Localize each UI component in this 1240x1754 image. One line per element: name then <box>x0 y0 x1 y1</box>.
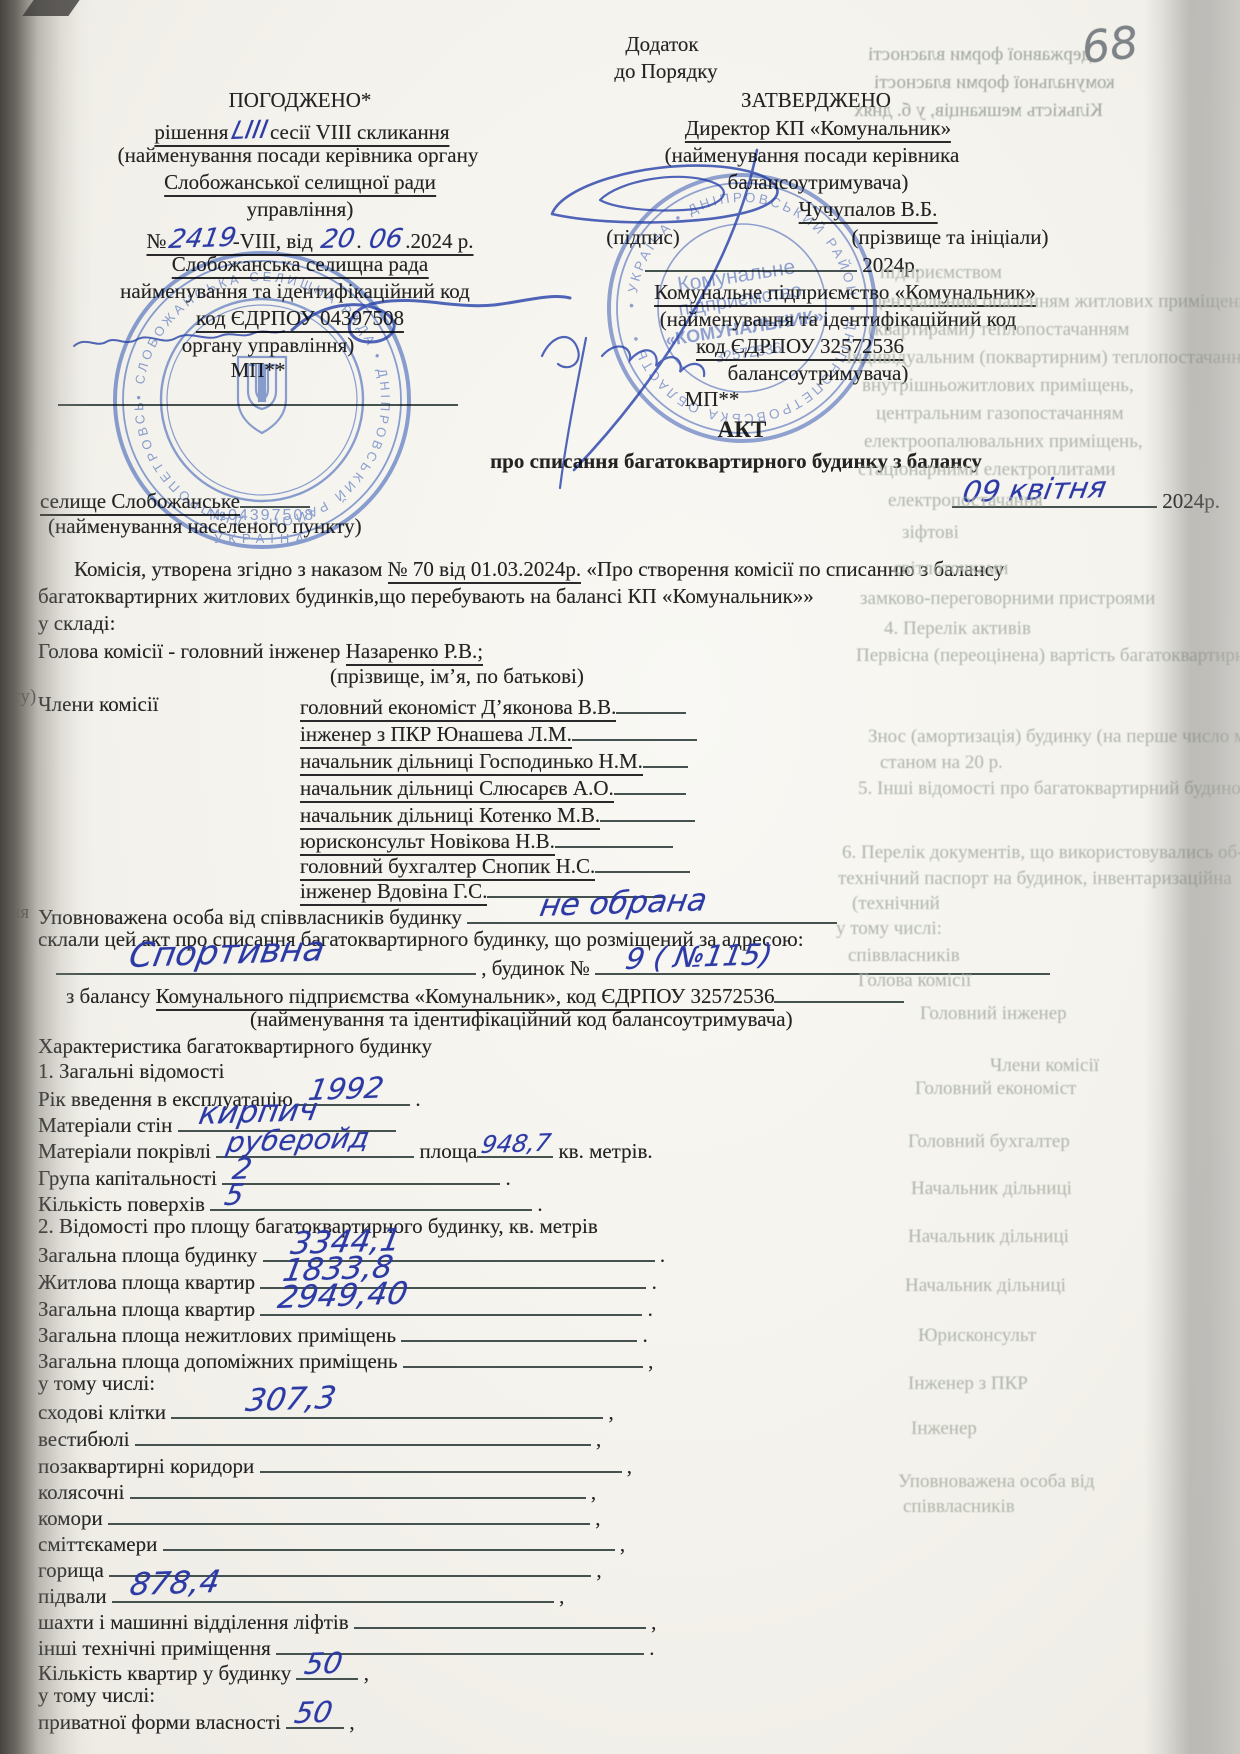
form-label: . <box>637 1323 648 1347</box>
form-line: інженер з ПКР Юнашева Л.М. <box>300 719 697 747</box>
blank-line: не обрана <box>467 902 837 924</box>
blank-line <box>130 1477 586 1499</box>
bleed-text: технічний паспорт на будинок, інвентариз… <box>838 868 1232 890</box>
right-caption-2: балансоутримувача) <box>728 170 909 195</box>
blank-line <box>572 719 697 741</box>
appendix-line-1: Додаток <box>625 32 698 57</box>
blank-line <box>643 746 688 768</box>
blank-line <box>108 1503 590 1525</box>
form-label: інші технічні приміщення <box>38 1636 276 1660</box>
blank-line <box>135 1424 591 1446</box>
handwritten-value: не обрана <box>537 883 710 925</box>
bleed-text: комунальної форми власності <box>874 72 1115 94</box>
form-line: позаквартирні коридори , <box>38 1451 632 1479</box>
form-label: кв. метрів. <box>553 1139 652 1163</box>
right-caption-1: (найменування посади керівника <box>665 143 960 168</box>
form-label: . <box>410 1087 421 1111</box>
form-label: , <box>590 1506 601 1530</box>
bleed-text: станом на 20 р. <box>880 752 1003 774</box>
form-label: підвали <box>38 1584 112 1608</box>
form-label: 2024р. <box>1157 489 1220 513</box>
form-label: Уповноважена особа від співвласників буд… <box>38 905 467 929</box>
bleed-text: 4. Перелік активів <box>884 618 1031 640</box>
handwritten-session: ᏞІІІ <box>228 115 270 146</box>
handwritten-value: Спортивна <box>126 929 328 976</box>
form-label: позаквартирні коридори <box>38 1454 260 1478</box>
form-label: , <box>591 1558 602 1582</box>
form-line: головний бухгалтер Снопик Н.С. <box>300 851 690 879</box>
bleed-text: замково-переговорними пристроями <box>860 588 1155 610</box>
form-label: (найменування та ідентифікаційний код ба… <box>250 1007 793 1031</box>
form-line: багатоквартирних житлових будинків,що пе… <box>38 584 814 609</box>
bleed-text: Індивідуальним (поквартирним) теплопоста… <box>846 347 1240 369</box>
form-line: приватної форми власності 50 , <box>38 1707 355 1735</box>
blank-line <box>614 773 686 795</box>
form-line: горища , <box>38 1555 602 1583</box>
blank-line <box>163 1529 615 1551</box>
form-label: , <box>646 1610 657 1634</box>
bleed-text: центральним газопостачанням <box>876 403 1124 425</box>
bleed-text: (технічний <box>852 893 940 915</box>
form-label: Характеристика багатоквартирного будинку <box>38 1034 432 1058</box>
bleed-text: 5. Інші відомості про багатоквартирний б… <box>858 778 1240 800</box>
form-label: . <box>646 1270 657 1294</box>
handwritten-value: 307,3 <box>243 1380 339 1420</box>
form-line: Загальна площа допоміжних приміщень , <box>38 1346 653 1374</box>
appendix-line-2: до Порядку <box>614 59 717 84</box>
bleed-text: Начальник дільниці <box>911 1178 1072 1200</box>
blank-line <box>354 1607 646 1629</box>
form-label: сміттєкамери <box>38 1532 163 1556</box>
form-line: Комісія, утворена згідно з наказом № 70 … <box>74 557 1004 582</box>
bleed-text: нсу) <box>2 686 36 708</box>
form-label: вестибюлі <box>38 1427 135 1451</box>
form-label: (прізвище, ім’я, по батькові) <box>330 664 584 688</box>
blank-line <box>600 800 695 822</box>
form-label: , <box>554 1584 565 1608</box>
form-line: Матеріали покрівлі руберойд площа948,7 к… <box>38 1136 653 1164</box>
form-label: Члени комісії <box>38 692 159 716</box>
bleed-text: співвласників <box>903 1496 1015 1518</box>
blank-line <box>616 692 686 714</box>
left-caption-2: управління) <box>247 197 354 222</box>
form-label: Кількість квартир у будинку <box>38 1661 296 1685</box>
right-mp: МП** <box>685 387 740 412</box>
name-caption: (прізвище та ініціали) <box>852 225 1049 250</box>
blank-line <box>595 851 690 873</box>
bleed-text: співвласників <box>848 945 960 967</box>
blank-line <box>401 1320 637 1342</box>
bleed-text: Члени комісії <box>990 1055 1099 1077</box>
handwritten-value: 878,4 <box>127 1564 223 1604</box>
form-label: з балансу <box>66 984 156 1008</box>
left-edrpou: код ЄДРПОУ 04397508 <box>196 306 404 331</box>
bleed-text: 6. Перелік документів, що використовувал… <box>842 842 1240 864</box>
blank-line: 2 <box>222 1163 500 1185</box>
bleed-text: Головний інженер <box>920 1003 1067 1025</box>
bleed-text: Уповноважена особа від <box>898 1471 1095 1493</box>
form-line: сміттєкамери , <box>38 1529 625 1557</box>
bleed-text: Первісна (переоцінена) вартість багатокв… <box>856 645 1240 667</box>
bleed-text: Головний економіст <box>915 1078 1076 1100</box>
form-line: комори , <box>38 1503 601 1531</box>
form-label: багатоквартирних житлових будинків,що пе… <box>38 584 814 608</box>
bleed-text: центральним опаленням житлових приміщень… <box>872 291 1240 313</box>
form-label: Комісія, утворена згідно з наказом <box>74 557 388 581</box>
left-mp: МП** <box>231 358 286 383</box>
form-label: , <box>615 1532 626 1556</box>
bleed-text: Інженер <box>911 1418 977 1440</box>
form-label: Кількість поверхів <box>38 1192 210 1216</box>
form-line: Кількість поверхів 5 . <box>38 1189 543 1217</box>
handwritten-number: 2419 <box>167 223 239 256</box>
signature-script <box>542 337 704 376</box>
form-value-underlined: начальник дільниці Господинько Н.М. <box>300 749 643 776</box>
scanned-act-page: Додаток до Порядку ПОГОДЖЕНО* рішенняᏞІІ… <box>0 0 1240 1754</box>
form-label: , <box>622 1454 633 1478</box>
handwritten-value: 2949,40 <box>275 1276 411 1317</box>
left-council: Слобожанська селищна рада <box>172 252 429 277</box>
form-line: 2024р. <box>645 250 920 278</box>
form-line: Голова комісії - головний інженер Назаре… <box>38 639 483 664</box>
bleed-text: електропостачання <box>888 490 1043 512</box>
blank-line: 9 ( №115) <box>595 953 1050 975</box>
form-line: у тому числі: <box>38 1371 155 1396</box>
form-value-underlined: Назаренко Р.В.; <box>346 639 483 666</box>
form-line: колясочні , <box>38 1477 596 1505</box>
form-label: Голова комісії - головний інженер <box>38 639 346 663</box>
form-value-underlined: головний економіст Д’яконова В.В. <box>300 695 616 722</box>
form-label: , <box>344 1710 355 1734</box>
form-label: у тому числі: <box>38 1371 155 1395</box>
form-label: шахти і машинні відділення ліфтів <box>38 1610 354 1634</box>
form-line: Загальна площа квартир 2949,40 . <box>38 1294 653 1322</box>
form-line: інші технічні приміщення . <box>38 1633 654 1661</box>
form-label: Житлова площа квартир <box>38 1270 260 1294</box>
form-line: Загальна площа нежитлових приміщень . <box>38 1320 648 1348</box>
signature-right-ellipse2 <box>600 177 724 211</box>
form-line: юрисконсульт Новікова Н.В. <box>300 826 673 854</box>
scan-corner-mark <box>22 0 79 16</box>
decision-line: рішенняᏞІІІ сесії VIII скликання <box>154 116 449 146</box>
form-label: Матеріали стін <box>38 1113 178 1137</box>
form-label: , <box>591 1427 602 1451</box>
form-line: селище Слобожанське <box>40 486 310 514</box>
form-value-underlined: селище Слобожанське <box>40 489 240 516</box>
form-line: головний економіст Д’яконова В.В. <box>300 692 686 720</box>
page-number-pencil: 68 <box>1079 17 1140 74</box>
form-label: , <box>603 1400 614 1424</box>
handwritten-value: 50 <box>302 1645 345 1680</box>
blank-line <box>645 250 857 272</box>
form-label: 1. Загальні відомості <box>38 1059 225 1083</box>
form-line: підвали 878,4 , <box>38 1581 564 1609</box>
form-label: , <box>358 1661 369 1685</box>
form-label: горища <box>38 1558 109 1582</box>
bleed-text: державної форми власності <box>868 44 1091 66</box>
blank-line: 5 <box>210 1189 532 1211</box>
form-line: начальник дільниці Котенко М.В. <box>300 800 695 828</box>
left-caption-1: (найменування посади керівника органу <box>118 143 479 168</box>
handwritten-value: 50 <box>292 1694 335 1729</box>
form-line: Члени комісії <box>38 692 159 717</box>
form-label: Матеріали покрівлі <box>38 1139 216 1163</box>
bleed-text: Знос (амортизація) будинку (на перше чис… <box>868 726 1240 748</box>
form-line: Кількість квартир у будинку 50 , <box>38 1658 369 1686</box>
handwritten-value: 9 ( №115) <box>623 937 775 976</box>
form-label: , <box>643 1349 654 1373</box>
bleed-text: стаціонарними електроплитами <box>858 459 1116 481</box>
blank-line: 50 <box>286 1707 344 1729</box>
blank-line: 878,4 <box>112 1581 554 1603</box>
form-label: Загальна площа квартир <box>38 1297 260 1321</box>
form-line: Група капітальності 2 . <box>38 1163 511 1191</box>
blank-line: 948,7 <box>477 1136 553 1158</box>
bleed-text: Головний бухгалтер <box>908 1131 1070 1153</box>
bleed-text: підприємством <box>880 262 1002 284</box>
blank-line: 307,3 <box>171 1397 603 1419</box>
form-label: , <box>586 1480 597 1504</box>
form-line: 1. Загальні відомості <box>38 1059 225 1084</box>
form-line: начальник дільниці Господинько Н.М. <box>300 746 688 774</box>
form-line: (прізвище, ім’я, по батькові) <box>330 664 584 689</box>
bleed-text: зіфтові <box>902 522 959 544</box>
form-line: у складі: <box>38 611 115 636</box>
bleed-text: електроопалювальних приміщень, <box>864 431 1143 453</box>
blank-line: 50 <box>296 1658 358 1680</box>
form-label: . <box>644 1636 655 1660</box>
director-name: Чучупалов В.Б. <box>799 197 938 222</box>
form-line: Характеристика багатоквартирного будинку <box>38 1034 432 1059</box>
handwritten-day: 20 <box>318 224 357 256</box>
form-line: Уповноважена особа від співвласників буд… <box>38 902 837 930</box>
form-line: з балансу Комунального підприємства «Ком… <box>66 981 904 1009</box>
form-line: начальник дільниці Слюсарєв А.О. <box>300 773 686 801</box>
sign-caption: (підпис) <box>606 225 680 250</box>
blank-line: Спортивна <box>56 953 476 975</box>
form-line: вестибюлі , <box>38 1424 601 1452</box>
form-label: колясочні <box>38 1480 130 1504</box>
blank-line <box>58 384 458 406</box>
form-line: (найменування та ідентифікаційний код ба… <box>250 1007 793 1032</box>
form-label: сходові клітки <box>38 1400 171 1424</box>
form-label: . <box>532 1192 543 1216</box>
left-org-name: Слобожанської селищної ради <box>164 170 436 195</box>
bleed-text: Інженер з ПКР <box>908 1373 1028 1395</box>
bleed-text: внутрішньожитлових приміщень, <box>862 375 1134 397</box>
bleed-text: світлоточками <box>893 558 1008 580</box>
blank-line: 2949,40 <box>260 1294 642 1316</box>
blank-line <box>555 826 673 848</box>
blank-line <box>403 1346 643 1368</box>
form-label: приватної форми власності <box>38 1710 286 1734</box>
form-line: шахти і машинні відділення ліфтів , <box>38 1607 656 1635</box>
form-value-underlined: начальник дільниці Слюсарєв А.О. <box>300 776 614 803</box>
form-label: , будинок № <box>476 956 595 980</box>
bleed-text: Начальник дільниці <box>908 1226 1069 1248</box>
bleed-text: Начальник дільниці <box>905 1275 1066 1297</box>
form-label: площа <box>414 1139 477 1163</box>
form-line: (найменування населеного пункту) <box>48 514 362 539</box>
bleed-text: Юрисконсульт <box>918 1325 1036 1347</box>
form-value-underlined: № 70 від 01.03.2024р. <box>388 557 581 584</box>
form-label: у складі: <box>38 611 115 635</box>
bleed-text: ння <box>0 902 29 924</box>
form-line: сходові клітки 307,3 , <box>38 1397 614 1425</box>
handwritten-month: 06 <box>367 224 406 256</box>
form-label: Загальна площа будинку <box>38 1243 263 1267</box>
handwritten-value: 948,7 <box>479 1128 553 1159</box>
bleed-text: у тому числі: <box>836 918 942 940</box>
bleed-text: Голова комісії <box>858 970 971 992</box>
form-label: Загальна площа нежитлових приміщень <box>38 1323 401 1347</box>
left-caption-3: найменування та ідентифікаційний код <box>120 279 470 304</box>
form-label: . <box>642 1297 653 1321</box>
form-label: . <box>655 1243 666 1267</box>
bleed-text: Кількість мешканців, у б. днях <box>854 100 1103 122</box>
form-label: Група капітальності <box>38 1166 222 1190</box>
form-line <box>58 384 458 412</box>
blank-line <box>260 1451 622 1473</box>
blank-line <box>240 486 310 508</box>
act-title: АКТ <box>718 416 767 443</box>
form-label: комори <box>38 1506 108 1530</box>
form-label: . <box>500 1166 511 1190</box>
approved-title: ПОГОДЖЕНО* <box>229 88 372 113</box>
bleed-text: (квартирами) теплопостачанням <box>868 319 1129 341</box>
form-line: у тому числі: <box>38 1683 155 1708</box>
form-label: (найменування населеного пункту) <box>48 514 362 538</box>
form-value-underlined: інженер з ПКР Юнашева Л.М. <box>300 722 572 749</box>
left-caption-4: органу управління) <box>182 333 355 358</box>
form-label: Загальна площа допоміжних приміщень <box>38 1349 403 1373</box>
form-label: у тому числі: <box>38 1683 155 1707</box>
